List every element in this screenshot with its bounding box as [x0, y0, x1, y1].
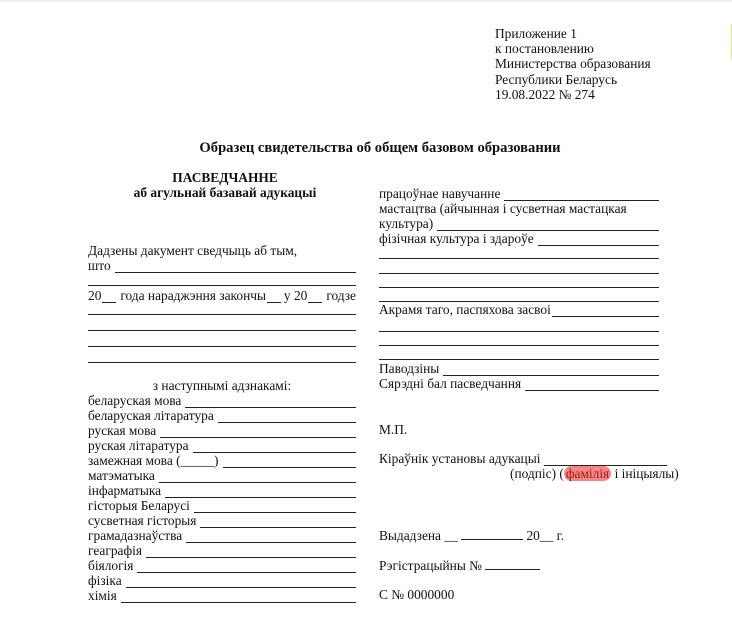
- subject-row: беларуская літаратура: [88, 408, 356, 423]
- extra-blank: [552, 304, 659, 317]
- grade-blank: [193, 440, 356, 453]
- grade-blank: [437, 218, 659, 231]
- subject-row: геаграфія: [88, 543, 356, 558]
- subject-row: матэматыка: [88, 468, 356, 483]
- blank-line: [88, 330, 356, 331]
- blank-line: [379, 273, 659, 274]
- subject-row: хімія: [88, 588, 356, 603]
- extra-field: Акрамя таго, паспяхова засвоі: [379, 302, 659, 317]
- grade-blank: [126, 575, 356, 588]
- subject-row: руская літаратура: [88, 438, 356, 453]
- appendix-line: Республики Беларусь: [495, 72, 651, 87]
- certificate-heading: ПАСВЕДЧАННЕ аб агульнай базавай адукацыі: [110, 170, 340, 200]
- issued-field: Выдадзена __ 20__ г.: [379, 527, 564, 543]
- issued-month-blank: [461, 527, 523, 540]
- issued-year-blank: __: [540, 528, 553, 543]
- appendix-line: к постановлению: [495, 41, 651, 56]
- blank-line: [88, 362, 356, 363]
- subject-row: замежная мова (_____): [88, 453, 356, 468]
- grade-blank: [218, 410, 356, 423]
- ending-blank: [267, 290, 281, 303]
- subject-row: біялогія: [88, 558, 356, 573]
- subject-row: сусветная гісторыя: [88, 513, 356, 528]
- grade-blank: [538, 233, 659, 246]
- certificate-subtitle: аб агульнай базавай адукацыі: [110, 185, 340, 200]
- registration-blank: [485, 557, 540, 570]
- subject-row: гісторыя Беларусі: [88, 498, 356, 513]
- grad-year-blank: [308, 290, 322, 303]
- subject-row: інфарматыка: [88, 483, 356, 498]
- grade-blank: [194, 500, 356, 513]
- subject-row: працоўнае навучанне: [379, 186, 659, 201]
- head-signature-field: Кіраўнік установы адукацыі: [379, 451, 667, 466]
- registration-field: Рэгістрацыйны №: [379, 557, 540, 573]
- blank-line: [88, 314, 356, 315]
- appendix-line: Министерства образования: [495, 56, 651, 71]
- appendix-header: Приложение 1 к постановлению Министерств…: [495, 26, 651, 102]
- birth-year-blank: [102, 290, 116, 303]
- subject-row: мастацтва (айчынная і сусветная мастацка…: [379, 201, 659, 216]
- signature-hint: (подпіс) (фамілія і ініцыялы): [510, 466, 679, 481]
- average-field: Сярэдні бал пасведчання: [379, 376, 659, 391]
- grade-blank: [121, 590, 356, 603]
- grade-blank: [165, 485, 356, 498]
- subject-row: фізіка: [88, 573, 356, 588]
- viewer-top-edge: [0, 0, 732, 4]
- recipient-blank: [115, 260, 356, 273]
- serial-number: С № 0000000: [379, 587, 454, 602]
- birth-graduation-line: 20 года нараджэння закончы у 20 годзе: [88, 288, 356, 303]
- recipient-blank-2: [88, 285, 356, 286]
- intro-text: Дадзены дакумент сведчыць аб тым,: [88, 243, 356, 258]
- grade-blank: [160, 425, 356, 438]
- grade-blank: [146, 545, 356, 558]
- average-blank: [525, 378, 659, 391]
- issued-day-blank: __: [444, 528, 457, 543]
- grade-blank: [137, 560, 356, 573]
- certificate-title: ПАСВЕДЧАННЕ: [110, 170, 340, 185]
- subject-row: грамадазнаўства: [88, 528, 356, 543]
- highlighted-word: фамілія: [564, 466, 611, 481]
- grade-blank: [200, 515, 356, 528]
- blank-line: [379, 287, 659, 288]
- signature-blank: [544, 453, 667, 466]
- grades-label: з наступнымі адзнакамі:: [88, 378, 356, 394]
- grade-blank: [504, 188, 659, 201]
- grade-blank: [223, 455, 356, 468]
- conduct-blank: [443, 363, 659, 376]
- blank-line: [379, 345, 659, 346]
- blank-line: [379, 331, 659, 332]
- blank-line: [88, 346, 356, 347]
- subject-row: руская мова: [88, 423, 356, 438]
- grade-blank: [186, 530, 356, 543]
- appendix-line: 19.08.2022 № 274: [495, 87, 651, 102]
- blank-line: [379, 359, 659, 360]
- blank-line: [379, 258, 659, 259]
- subject-row: культура): [379, 216, 659, 231]
- conduct-field: Паводзіны: [379, 361, 659, 376]
- appendix-line: Приложение 1: [495, 26, 651, 41]
- subject-row: фізічная культура і здароўе: [379, 231, 659, 246]
- grade-blank: [185, 395, 356, 408]
- document-title: Образец свидетельства об общем базовом о…: [0, 140, 732, 157]
- stamp-label: М.П.: [379, 422, 407, 437]
- recipient-field: што: [88, 258, 356, 273]
- grade-blank: [159, 470, 356, 483]
- subject-row: беларуская мова: [88, 393, 356, 408]
